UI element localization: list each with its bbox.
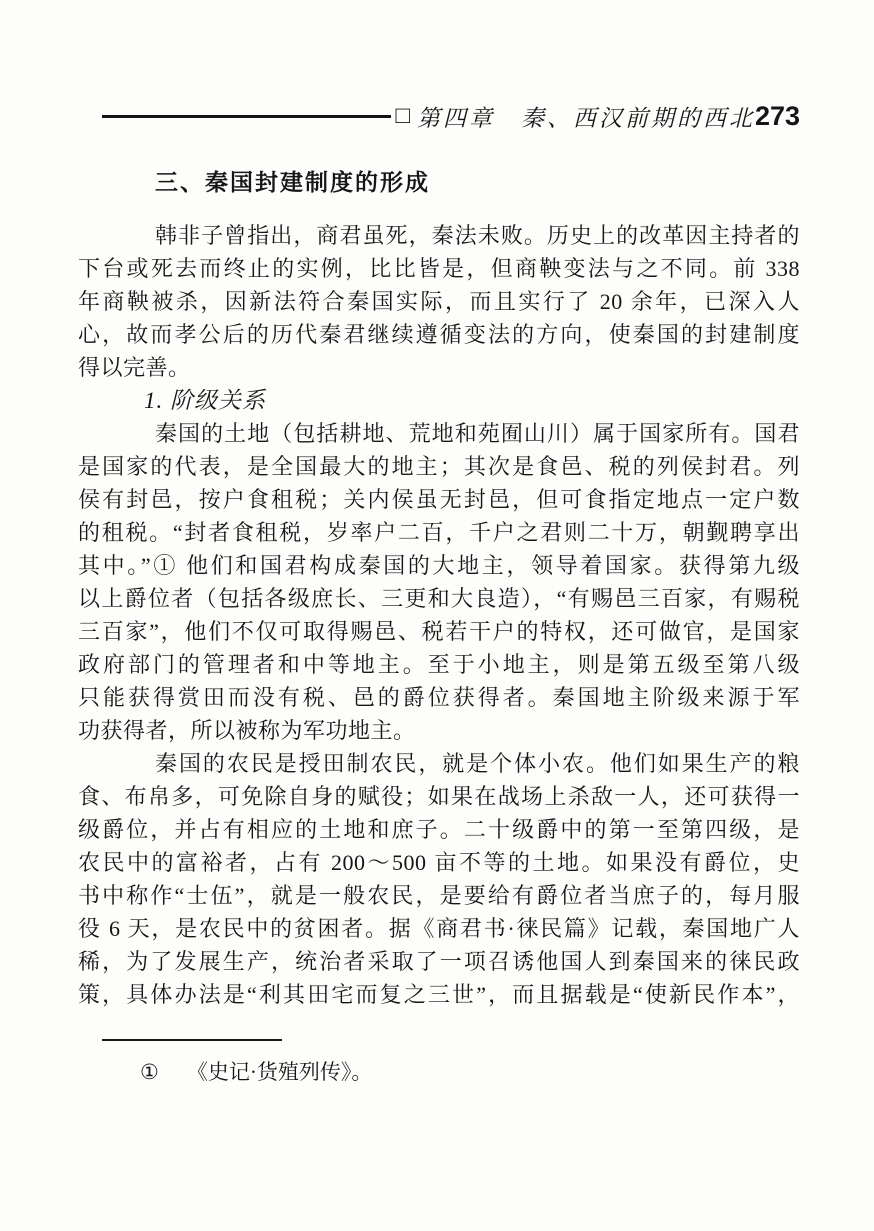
body-line: 役 6 天，是农民中的贫困者。据《商君书·徕民篇》记载，秦国地广人 (78, 912, 800, 945)
body-line: 秦国的农民是授田制农民，就是个体小农。他们如果生产的粮 (78, 747, 800, 780)
body-line: 功获得者，所以被称为军功地主。 (78, 714, 800, 747)
paragraph-2: 秦国的土地（包括耕地、荒地和苑囿山川）属于国家所有。国君 是国家的代表，是全国最… (78, 417, 800, 747)
box-icon: □ (395, 104, 413, 128)
body-line: 年商鞅被杀，因新法符合秦国实际，而且实行了 20 余年，已深入人 (78, 285, 800, 318)
footnote-rule (102, 1039, 282, 1041)
body-line: 的租税。“封者食租税，岁率户二百，千户之君则二十万，朝觐聘享出 (78, 516, 800, 549)
page-number: 273 (755, 103, 800, 130)
book-page: □ 第四章 秦、西汉前期的西北 273 三、秦国封建制度的形成 韩非子曾指出，商… (0, 0, 874, 1231)
body-line: 书中称作“士伍”，就是一般农民，是要给有爵位者当庶子的，每月服 (78, 879, 800, 912)
body-line: 下台或死去而终止的实例，比比皆是，但商鞅变法与之不同。前 338 (78, 252, 800, 285)
running-head: □ 第四章 秦、西汉前期的西北 273 (102, 98, 800, 134)
body-line: 是国家的代表，是全国最大的地主；其次是食邑、税的列侯封君。列 (78, 450, 800, 483)
footnote: ① 《史记·货殖列传》。 (78, 1057, 800, 1087)
book-title: 秦、西汉前期的西北 (521, 100, 755, 133)
header-text: □ 第四章 秦、西汉前期的西北 273 (395, 100, 800, 133)
body-line: 三百家”，他们不仅可取得赐邑、税若干户的特权，还可做官，是国家 (78, 615, 800, 648)
body-line: 以上爵位者（包括各级庶长、三更和大良造），“有赐邑三百家，有赐税 (78, 582, 800, 615)
header-rule (102, 115, 391, 118)
body-line: 农民中的富裕者，占有 200～500 亩不等的土地。如果没有爵位，史 (78, 846, 800, 879)
section-title: 三、秦国封建制度的形成 (78, 166, 800, 199)
body-line: 其中。”① 他们和国君构成秦国的大地主，领导着国家。获得第九级 (78, 549, 800, 582)
footnote-text: 《史记·货殖列传》。 (187, 1057, 373, 1087)
body-line: 食、布帛多，可免除自身的赋役；如果在战场上杀敌一人，还可获得一 (78, 780, 800, 813)
body-line: 心，故而孝公后的历代秦君继续遵循变法的方向，使秦国的封建制度 (78, 318, 800, 351)
body-line: 侯有封邑，按户食租税；关内侯虽无封邑，但可食指定地点一定户数 (78, 483, 800, 516)
body-line: 级爵位，并占有相应的土地和庶子。二十级爵中的第一至第四级，是 (78, 813, 800, 846)
body-line: 得以完善。 (78, 351, 800, 384)
footnote-marker: ① (140, 1057, 159, 1087)
body-text: 韩非子曾指出，商君虽死，秦法未败。历史上的改革因主持者的 下台或死去而终止的实例… (78, 219, 800, 1011)
paragraph-3: 秦国的农民是授田制农民，就是个体小农。他们如果生产的粮 食、布帛多，可免除自身的… (78, 747, 800, 1011)
paragraph-1: 韩非子曾指出，商君虽死，秦法未败。历史上的改革因主持者的 下台或死去而终止的实例… (78, 219, 800, 384)
subsection-title: 1. 阶级关系 (78, 384, 800, 417)
body-line: 秦国的土地（包括耕地、荒地和苑囿山川）属于国家所有。国君 (78, 417, 800, 450)
body-line: 只能获得赏田而没有税、邑的爵位获得者。秦国地主阶级来源于军 (78, 681, 800, 714)
body-line: 政府部门的管理者和中等地主。至于小地主，则是第五级至第八级 (78, 648, 800, 681)
body-line: 稀，为了发展生产，统治者采取了一项召诱他国人到秦国来的徕民政 (78, 945, 800, 978)
body-line: 策，具体办法是“利其田宅而复之三世”，而且据载是“使新民作本”， (78, 978, 800, 1011)
body-line: 韩非子曾指出，商君虽死，秦法未败。历史上的改革因主持者的 (78, 219, 800, 252)
chapter-label: 第四章 (417, 100, 495, 133)
